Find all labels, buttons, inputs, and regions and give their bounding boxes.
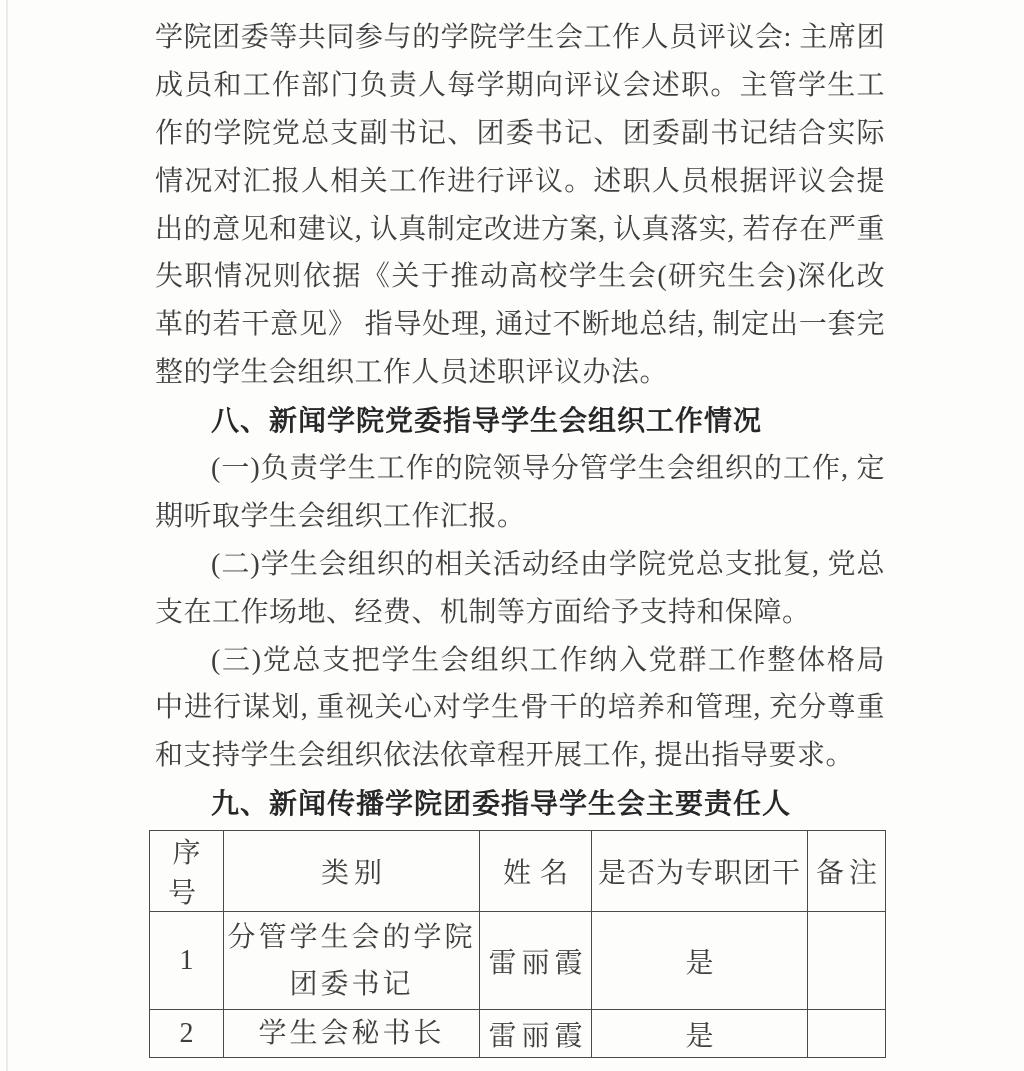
section-heading-8: 八、新闻学院党委指导学生会组织工作情况 (155, 397, 885, 445)
col-header-name: 姓名 (480, 831, 592, 912)
paragraph-start-line: (三)党总支把学生会组织工作纳入党群工作整体格局 (155, 637, 885, 685)
cell-fulltime: 是 (592, 1010, 808, 1058)
table-row: 2 学生会秘书长 雷丽霞 是 (150, 1010, 886, 1058)
col-header-category: 类别 (224, 831, 480, 912)
cell-fulltime: 是 (592, 912, 808, 1010)
col-header-fulltime: 是否为专职团干 (592, 831, 808, 912)
cell-no: 1 (150, 912, 224, 1010)
cell-category: 分管学生会的学院 团委书记 (224, 912, 480, 1010)
document-body: 学院团委等共同参与的学院学生会工作人员评议会: 主席团 成员和工作部门负责人每学… (155, 14, 885, 1058)
section-heading-9: 九、新闻传播学院团委指导学生会主要责任人 (155, 780, 885, 828)
body-line: 学院团委等共同参与的学院学生会工作人员评议会: 主席团 (155, 14, 885, 62)
table-row: 1 分管学生会的学院 团委书记 雷丽霞 是 (150, 912, 886, 1010)
cell-note (808, 912, 886, 1010)
body-line: 出的意见和建议, 认真制定改进方案, 认真落实, 若存在严重 (155, 206, 885, 254)
paragraph-end-line: 支在工作场地、经费、机制等方面给予支持和保障。 (155, 589, 885, 637)
table-header-row: 序号 类别 姓名 是否为专职团干 备注 (150, 831, 886, 912)
paragraph-end-line: 和支持学生会组织依法依章程开展工作, 提出指导要求。 (155, 732, 885, 780)
body-line: 失职情况则依据《关于推动高校学生会(研究生会)深化改 (155, 253, 885, 301)
col-header-note: 备注 (808, 831, 886, 912)
paragraph-start-line: (一)负责学生工作的院领导分管学生会组织的工作, 定 (155, 445, 885, 493)
cell-category: 学生会秘书长 (224, 1010, 480, 1058)
cell-no: 2 (150, 1010, 224, 1058)
paragraph-end-line: 整的学生会组织工作人员述职评议办法。 (155, 349, 885, 397)
paragraph-start-line: (二)学生会组织的相关活动经由学院党总支批复, 党总 (155, 541, 885, 589)
body-line: 作的学院党总支副书记、团委书记、团委副书记结合实际 (155, 110, 885, 158)
body-line: 情况对汇报人相关工作进行评议。述职人员根据评议会提 (155, 158, 885, 206)
scanned-document-page: 学院团委等共同参与的学院学生会工作人员评议会: 主席团 成员和工作部门负责人每学… (0, 0, 1024, 1071)
body-line: 革的若干意见》 指导处理, 通过不断地总结, 制定出一套完 (155, 301, 885, 349)
col-header-no: 序号 (150, 831, 224, 912)
paragraph-end-line: 期听取学生会组织工作汇报。 (155, 493, 885, 541)
scan-edge-artifact (6, 0, 8, 1071)
responsible-persons-table: 序号 类别 姓名 是否为专职团干 备注 1 分管学生会的学院 团委书记 雷丽霞 … (149, 830, 886, 1058)
body-line: 中进行谋划, 重视关心对学生骨干的培养和管理, 充分尊重 (155, 684, 885, 732)
cell-note (808, 1010, 886, 1058)
body-line: 成员和工作部门负责人每学期向评议会述职。主管学生工 (155, 62, 885, 110)
cell-name: 雷丽霞 (480, 912, 592, 1010)
cell-name: 雷丽霞 (480, 1010, 592, 1058)
